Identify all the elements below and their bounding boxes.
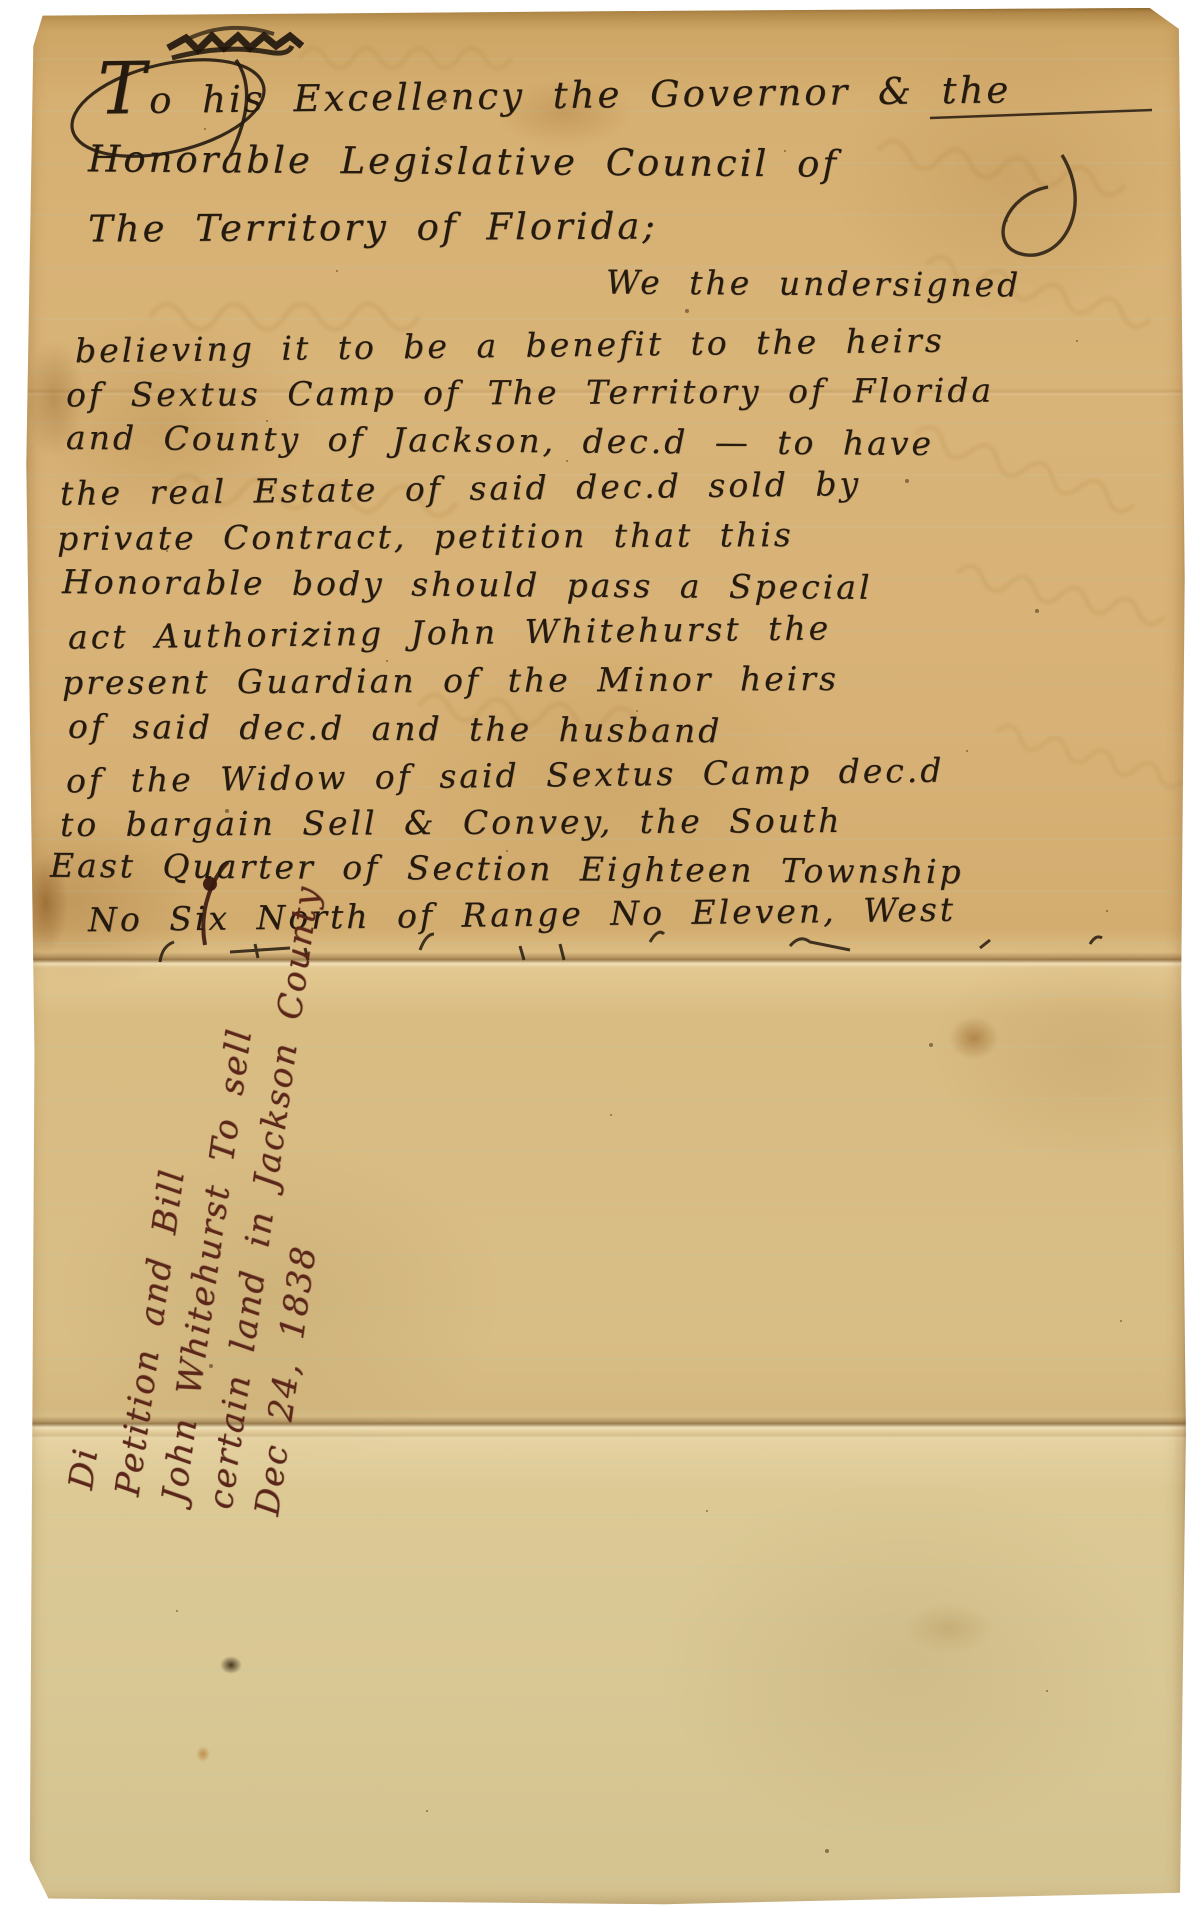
salutation-line: The Territory of Florida; — [88, 205, 658, 251]
body-line: We the undersigned — [606, 263, 1022, 305]
stain — [196, 1746, 210, 1762]
body-line: and County of Jackson, dec.d — to have — [66, 418, 934, 463]
body-line: of Sextus Camp of The Territory of Flori… — [66, 371, 994, 415]
foxing-specks — [24, 8, 26, 10]
salutation-line: Honorable Legislative Council of — [88, 137, 839, 185]
body-line: of said dec.d and the husband — [68, 707, 723, 751]
body-line: present Guardian of the Minor heirs — [62, 659, 839, 702]
document-scan: { "page": { "salutation": [ "To his Exce… — [0, 0, 1200, 1922]
ink-speck-cluster — [220, 1656, 242, 1674]
body-line: Honorable body should pass a Special — [62, 562, 873, 607]
body-line: private Contract, petition that this — [57, 515, 794, 558]
stain — [949, 1016, 999, 1060]
stain — [904, 1603, 994, 1653]
body-line: to bargain Sell & Convey, the South — [60, 801, 843, 844]
